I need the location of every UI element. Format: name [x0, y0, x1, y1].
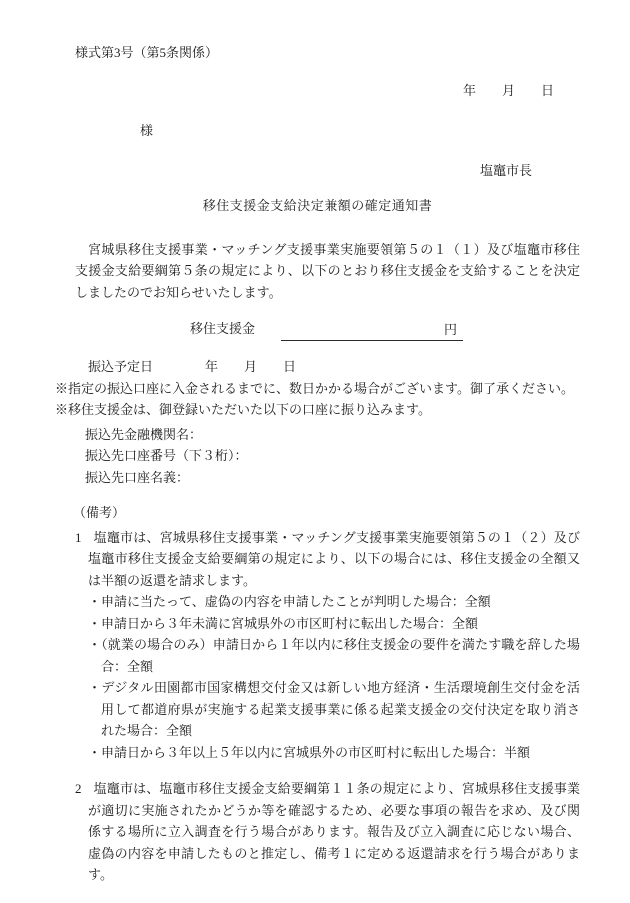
issue-date-line: 年 月 日 — [463, 80, 580, 102]
remark-1-bullet-grant-revoked: ・デジタル田園都市国家構想交付金又は新しい地方経済・生活環境創生交付金を活用して… — [88, 677, 580, 742]
bank-account-name-field: 振込先口座名義： — [85, 467, 580, 489]
remark-1-bullet-moveout-3years: ・申請日から３年未満に宮城県外の市区町村に転出した場合：全額 — [88, 613, 580, 635]
remark-1-bullet-job-quit: ・（就業の場合のみ）申請日から１年以内に移住支援金の要件を満たす職を辞した場合：… — [88, 634, 580, 677]
remark-item-2: 2塩竈市は、塩竈市移住支援金支給要綱第１１条の規定により、宮城県移住支援事業が適… — [75, 778, 580, 886]
remark-2-number: 2 — [75, 781, 82, 796]
addressee-suffix: 様 — [140, 120, 580, 142]
amount-line: 移住支援金円 — [190, 317, 580, 341]
remark-item-1: 1塩竈市は、宮城県移住支援事業・マッチング支援事業実施要領第５の１（２）及び塩竈… — [75, 527, 580, 592]
document-page: 様式第3号（第5条関係） 年 月 日 様 塩竈市長 移住支援金支給決定兼額の確定… — [0, 0, 630, 903]
note-deposit-delay: ※指定の振込口座に入金されるまでに、数日かかる場合がございます。御了承ください。 — [55, 378, 580, 400]
remarks-heading: （備考） — [73, 502, 580, 524]
note-registered-account: ※移住支援金は、御登録いただいた以下の口座に振り込みます。 — [55, 399, 580, 421]
amount-blank-field: 円 — [281, 319, 463, 341]
remark-2-text: 塩竈市は、塩竈市移住支援金支給要綱第１１条の規定により、宮城県移住支援事業が適切… — [88, 781, 580, 882]
bank-account-number-field: 振込先口座番号（下３桁）： — [85, 445, 580, 467]
bank-institution-field: 振込先金融機関名： — [85, 424, 580, 446]
document-title: 移住支援金支給決定兼額の確定通知書 — [55, 195, 580, 217]
amount-unit: 円 — [444, 322, 457, 337]
remark-1-text: 塩竈市は、宮城県移住支援事業・マッチング支援事業実施要領第５の１（２）及び塩竈市… — [88, 530, 580, 588]
sender-name: 塩竈市長 — [480, 160, 580, 182]
remark-1-number: 1 — [75, 530, 82, 545]
amount-label: 移住支援金 — [190, 321, 255, 336]
form-number: 様式第3号（第5条関係） — [75, 42, 580, 64]
transfer-date-line: 振込予定日 年 月 日 — [88, 356, 580, 378]
intro-paragraph: 宮城県移住支援事業・マッチング支援事業実施要領第５の１（１）及び塩竈市移住支援金… — [75, 239, 580, 304]
remark-1-bullet-moveout-3to5years: ・申請日から３年以上５年以内に宮城県外の市区町村に転出した場合：半額 — [88, 742, 580, 764]
remark-1-bullet-false-application: ・申請に当たって、虚偽の内容を申請したことが判明した場合：全額 — [88, 591, 580, 613]
